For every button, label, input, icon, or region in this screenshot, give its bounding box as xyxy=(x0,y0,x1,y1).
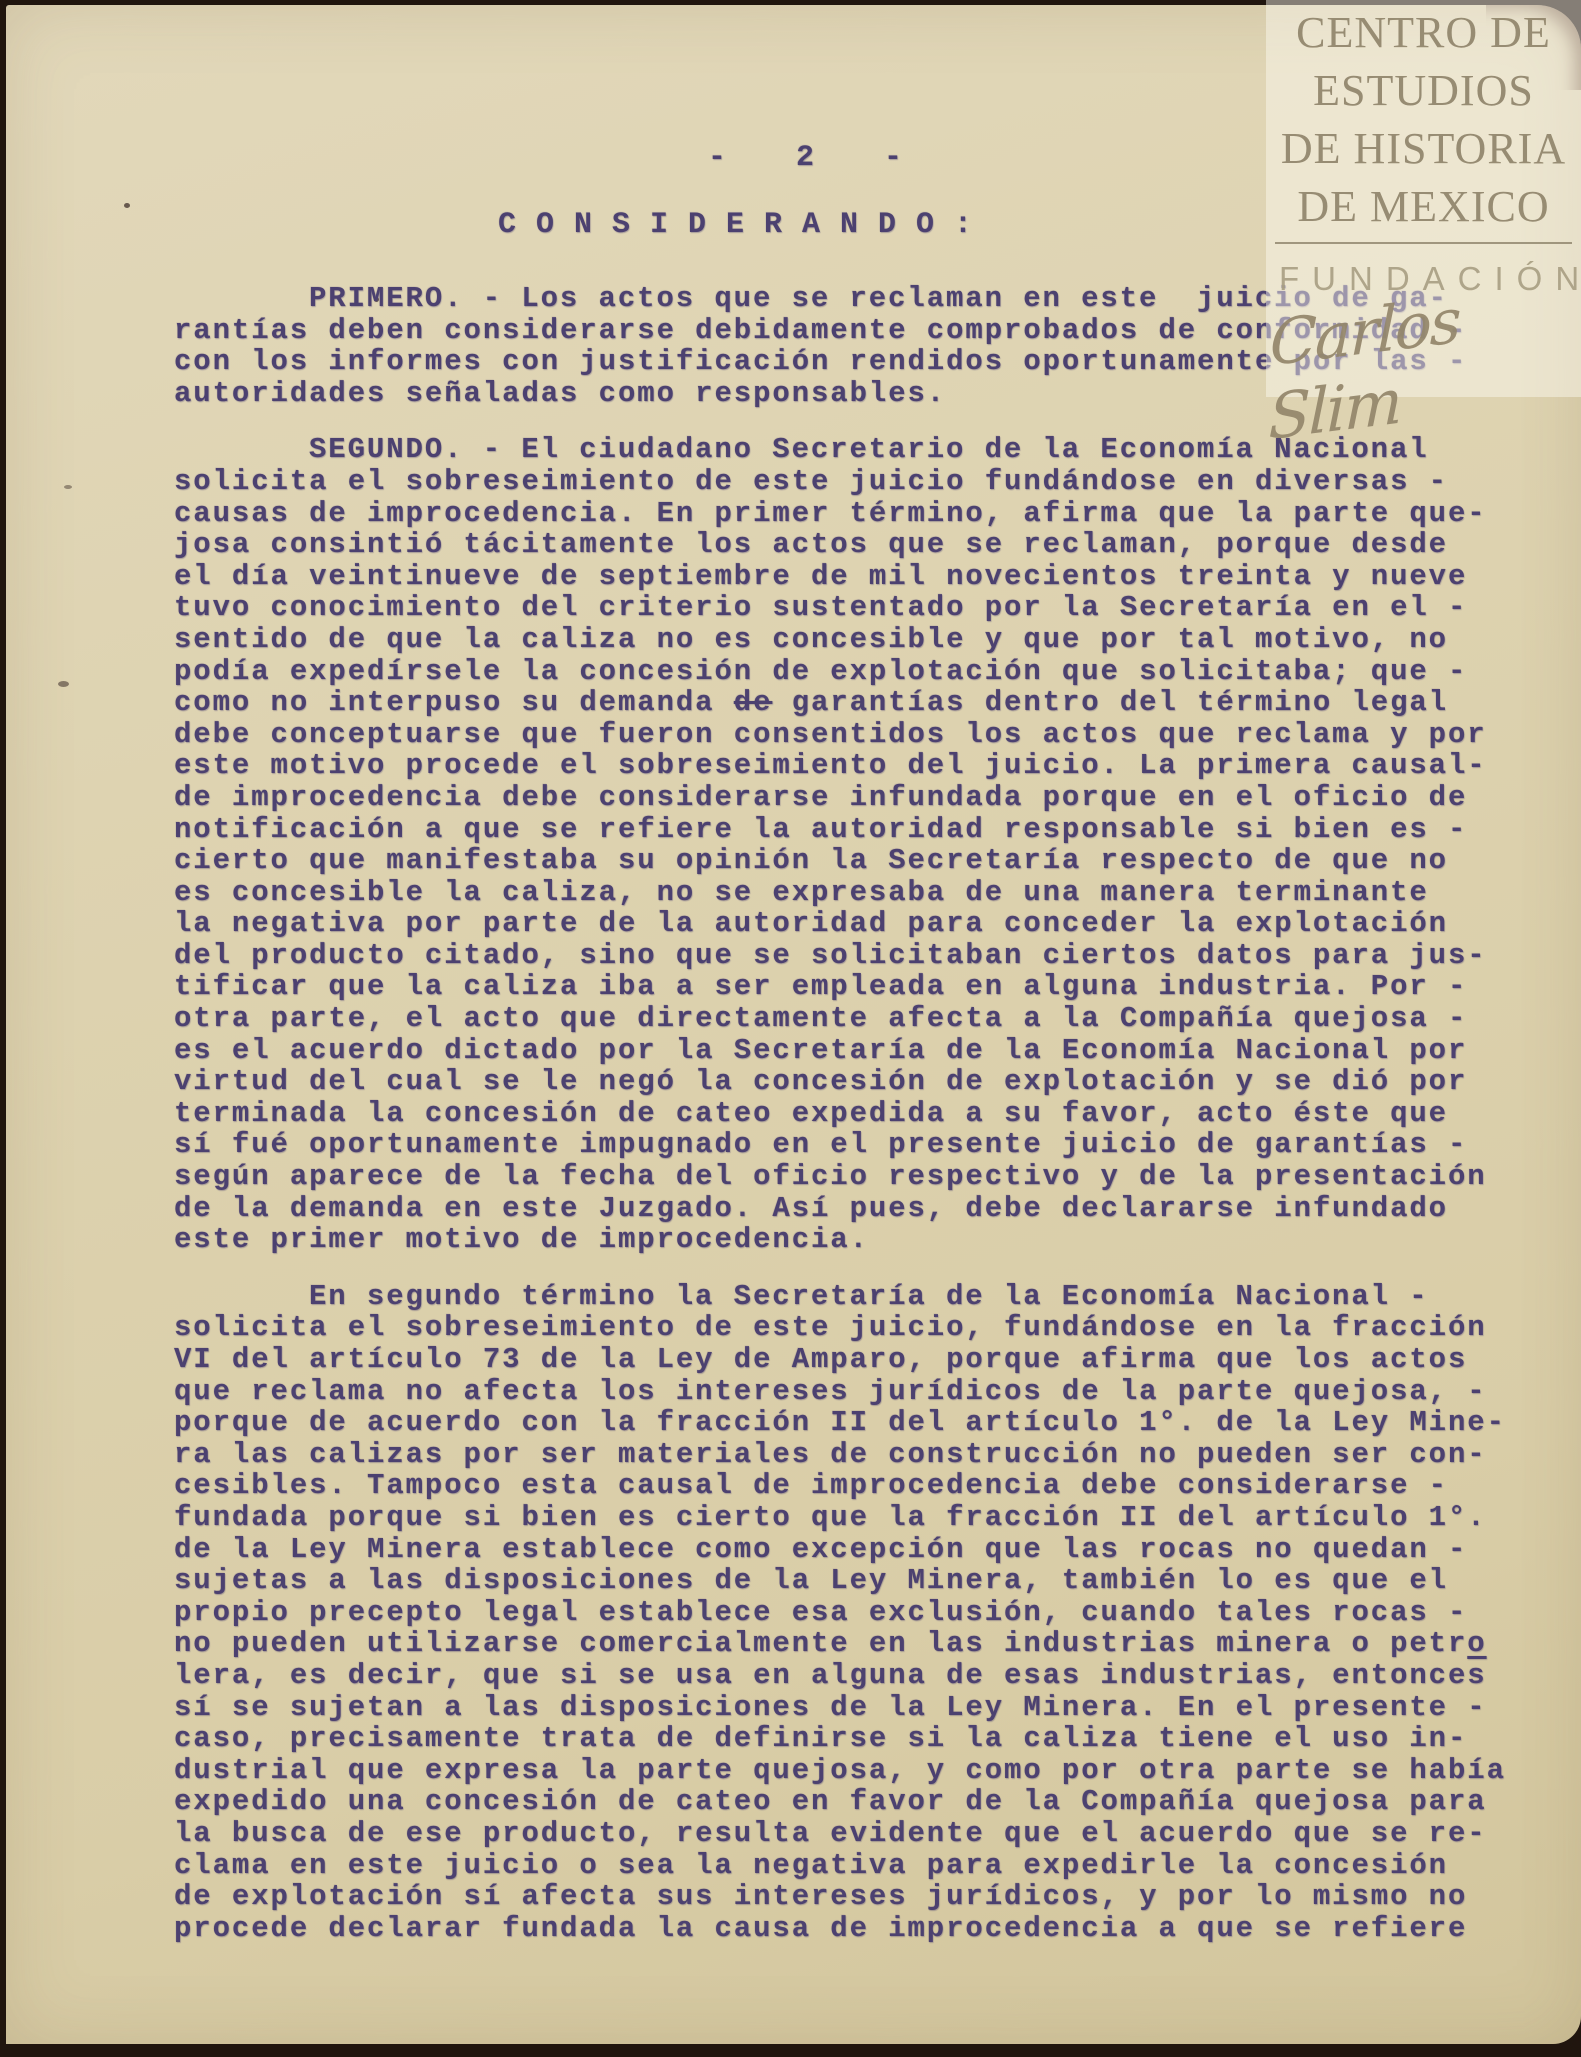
text-line: cierto que manifestaba su opinión la Sec… xyxy=(174,845,1574,877)
text-line: cesibles. Tampoco esta causal de improce… xyxy=(174,1470,1574,1502)
watermark-divider xyxy=(1275,242,1571,244)
text-line: de explotación sí afecta sus intereses j… xyxy=(174,1881,1574,1913)
text-line: este primer motivo de improcedencia. xyxy=(174,1224,1574,1256)
text-line: virtud del cual se le negó la concesión … xyxy=(174,1066,1574,1098)
text-line: como no interpuso su demanda de garantía… xyxy=(174,687,1574,719)
text-line: josa consintió tácitamente los actos que… xyxy=(174,529,1574,561)
underline-text: o xyxy=(1467,1627,1486,1660)
text-line: solicita el sobreseimiento de este juici… xyxy=(174,1312,1574,1344)
archive-name-line: DE MEXICO xyxy=(1266,178,1581,236)
text-line: de improcedencia debe considerarse infun… xyxy=(174,782,1574,814)
text-line: porque de acuerdo con la fracción II del… xyxy=(174,1407,1574,1439)
text-line: causas de improcedencia. En primer térmi… xyxy=(174,498,1574,530)
text-line: este motivo procede el sobreseimiento de… xyxy=(174,750,1574,782)
text-line: terminada la concesión de cateo expedida… xyxy=(174,1098,1574,1130)
text-line: no pueden utilizarse comercialmente en l… xyxy=(174,1628,1574,1660)
text-line: la busca de ese producto, resulta eviden… xyxy=(174,1818,1574,1850)
text-line: propio precepto legal establece esa excl… xyxy=(174,1597,1574,1629)
strike-text: de xyxy=(734,686,773,719)
archive-name-line: CENTRO DE xyxy=(1266,4,1581,62)
text-line: VI del artículo 73 de la Ley de Amparo, … xyxy=(174,1344,1574,1376)
paper-speck xyxy=(64,485,72,489)
archive-name: CENTRO DE ESTUDIOS DE HISTORIA DE MEXICO xyxy=(1266,0,1581,236)
text-line: sujetas a las disposiciones de la Ley Mi… xyxy=(174,1565,1574,1597)
text-line: lera, es decir, que si se usa en alguna … xyxy=(174,1660,1574,1692)
page-number: - 2 - xyxy=(708,141,906,175)
archive-name-line: DE HISTORIA xyxy=(1266,120,1581,178)
text-line: es concesible la caliza, no se expresaba… xyxy=(174,877,1574,909)
text-line: del producto citado, sino que se solicit… xyxy=(174,940,1574,972)
text-line: expedido una concesión de cateo en favor… xyxy=(174,1786,1574,1818)
text-line: caso, precisamente trata de definirse si… xyxy=(174,1723,1574,1755)
text-line: de la demanda en este Juzgado. Así pues,… xyxy=(174,1193,1574,1225)
text-line: de la Ley Minera establece como excepció… xyxy=(174,1534,1574,1566)
text-line: otra parte, el acto que directamente afe… xyxy=(174,1003,1574,1035)
text-line: sentido de que la caliza no es concesibl… xyxy=(174,624,1574,656)
text-line: notificación a que se refiere la autorid… xyxy=(174,814,1574,846)
text-line: sí fué oportunamente impugnado en el pre… xyxy=(174,1129,1574,1161)
text-line: fundada porque si bien es cierto que la … xyxy=(174,1502,1574,1534)
paper-speck xyxy=(124,203,130,208)
text-line: según aparece de la fecha del oficio res… xyxy=(174,1161,1574,1193)
document-heading: CONSIDERANDO: xyxy=(498,208,992,242)
text-line: sí se sujetan a las disposiciones de la … xyxy=(174,1692,1574,1724)
text-line: procede declarar fundada la causa de imp… xyxy=(174,1913,1574,1945)
document-body: PRIMERO. - Los actos que se reclaman en … xyxy=(174,283,1574,1944)
text-line: ra las calizas por ser materiales de con… xyxy=(174,1439,1574,1471)
text-line: dustrial que expresa la parte quejosa, y… xyxy=(174,1755,1574,1787)
text-line: En segundo término la Secretaría de la E… xyxy=(174,1281,1574,1313)
text-line: tuvo conocimiento del criterio sustentad… xyxy=(174,592,1574,624)
paper-speck xyxy=(58,681,69,687)
text-line: que reclama no afecta los intereses jurí… xyxy=(174,1376,1574,1408)
text-line: debe conceptuarse que fueron consentidos… xyxy=(174,719,1574,751)
text-line: la negativa por parte de la autoridad pa… xyxy=(174,908,1574,940)
paragraph-segundo: SEGUNDO. - El ciudadano Secretario de la… xyxy=(174,434,1574,1255)
text-line: el día veintinueve de septiembre de mil … xyxy=(174,561,1574,593)
text-line: solicita el sobreseimiento de este juici… xyxy=(174,466,1574,498)
text-line: tificar que la caliza iba a ser empleada… xyxy=(174,971,1574,1003)
text-line: clama en este juicio o sea la negativa p… xyxy=(174,1850,1574,1882)
archive-name-line: ESTUDIOS xyxy=(1266,62,1581,120)
text-line: es el acuerdo dictado por la Secretaría … xyxy=(174,1035,1574,1067)
paragraph-segundo-termino: En segundo término la Secretaría de la E… xyxy=(174,1281,1574,1944)
text-line: podía expedírsele la concesión de explot… xyxy=(174,656,1574,688)
